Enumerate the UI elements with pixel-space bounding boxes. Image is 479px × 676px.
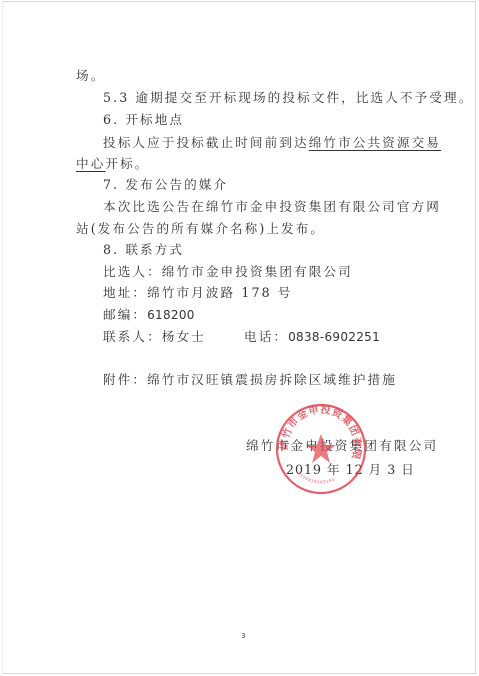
contact-address: 地址：绵竹市月波路 178 号 <box>103 285 293 301</box>
section-heading-8: 8. 联系方式 <box>103 242 184 258</box>
page-number: 3 <box>241 632 245 640</box>
contact-phone: 电话：0838-6902251 <box>244 329 380 345</box>
attachment-label: 附件： <box>103 372 147 387</box>
underlined-venue: 绵竹市公共资源交易 <box>309 135 441 150</box>
text-line-clause-5-3: 5.3 逾期提交至开标现场的投标文件，比选人不予受理。 <box>103 90 473 106</box>
person-value: 杨女士 <box>162 329 206 344</box>
text-line: 本次比选公告在绵竹市金申投资集团有限公司官方网 <box>103 199 441 215</box>
postcode-label: 邮编： <box>103 307 147 322</box>
signature-date: 2019 年 12 月 3 日 <box>286 459 415 478</box>
address-label: 地址： <box>103 285 147 300</box>
contact-person: 联系人：杨女士 <box>103 329 206 345</box>
signature-company: 绵竹市金申投资集团有限公司 <box>246 435 438 454</box>
text-line: 场。 <box>76 68 105 84</box>
text-line: 中心开标。 <box>76 156 149 172</box>
selector-value: 绵竹市金申投资集团有限公司 <box>162 264 353 279</box>
postcode-value: 618200 <box>147 308 195 322</box>
text-span: 开标。 <box>105 156 149 171</box>
selector-label: 比选人： <box>103 264 162 279</box>
contact-postcode: 邮编：618200 <box>103 307 195 323</box>
person-label: 联系人： <box>103 329 162 344</box>
text-span: 投标人应于投标截止时间前到达 <box>103 135 309 150</box>
text-line: 投标人应于投标截止时间前到达绵竹市公共资源交易 <box>103 135 441 151</box>
attachment-line: 附件：绵竹市汉旺镇震损房拆除区域维护措施 <box>103 372 397 388</box>
contact-selector: 比选人：绵竹市金申投资集团有限公司 <box>103 264 353 280</box>
clause-5-3-text: 5.3 逾期提交至开标现场的投标文件，比选人不予受理。 <box>103 90 473 105</box>
phone-value: 0838-6902251 <box>288 330 380 344</box>
underlined-venue-cont: 中心 <box>76 156 105 171</box>
address-value: 绵竹市月波路 178 号 <box>147 285 292 300</box>
section-heading-6: 6. 开标地点 <box>103 112 184 128</box>
section-heading-7: 7. 发布公告的媒介 <box>103 177 228 193</box>
attachment-value: 绵竹市汉旺镇震损房拆除区域维护措施 <box>147 372 397 387</box>
phone-label: 电话： <box>244 329 288 344</box>
text-line: 站(发布公告的所有媒介名称)上发布。 <box>76 221 325 237</box>
